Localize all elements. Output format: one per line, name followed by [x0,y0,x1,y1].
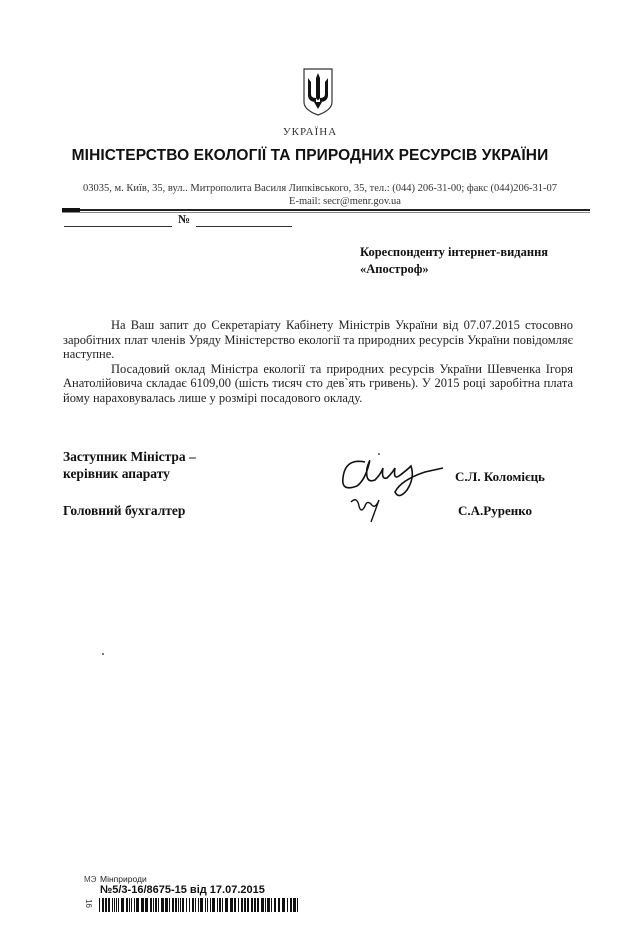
outgoing-number-line [196,226,292,227]
letter-body: На Ваш запит до Секретаріату Кабінету Мі… [63,318,573,405]
trident-coat-of-arms-icon [303,68,333,116]
addressee-line-2: «Апостроф» [360,261,600,278]
signatory-name-1: С.Л. Коломієць [455,469,545,485]
letterhead-divider-thin [62,212,590,213]
letterhead-divider-accent [62,208,80,212]
addressee-block: Кореспонденту інтернет-видання «Апостроф… [360,244,600,278]
stamp-side-number: 16 [84,899,93,908]
number-sign: № [178,212,190,227]
ministry-email: E-mail: secr@menr.gov.ua [0,196,620,207]
stamp-code: МЭ [84,875,96,884]
ministry-title: МІНІСТЕРСТВО ЕКОЛОГІЇ ТА ПРИРОДНИХ РЕСУР… [0,147,620,165]
ministry-address: 03035, м. Київ, 35, вул.. Митрополита Ва… [0,183,620,194]
letterhead-divider [62,209,590,211]
body-paragraph-2: Посадовий оклад Міністра екології та при… [63,362,573,406]
outgoing-date-line [64,226,172,227]
country-name: УКРАЇНА [0,126,620,138]
addressee-line-1: Кореспонденту інтернет-видання [360,244,600,261]
stamp-registration-number: №5/3-16/8675-15 від 17.07.2015 [100,884,265,896]
position-1-line-1: Заступник Міністра – [63,448,283,465]
body-paragraph-1: На Ваш запит до Секретаріату Кабінету Мі… [63,318,573,362]
handwritten-signature-icon [335,450,445,525]
registration-stamp: МЭ Мінприроди №5/3-16/8675-15 від 17.07.… [84,874,265,896]
signatory-positions: Заступник Міністра – керівник апарату Го… [63,448,283,519]
position-1-line-2: керівник апарату [63,465,283,482]
stamp-organization: Мінприроди [100,874,265,884]
barcode [99,898,300,912]
signatory-name-2: С.А.Руренко [458,503,532,519]
position-2: Головний бухгалтер [63,502,283,519]
scan-speck [102,653,104,655]
